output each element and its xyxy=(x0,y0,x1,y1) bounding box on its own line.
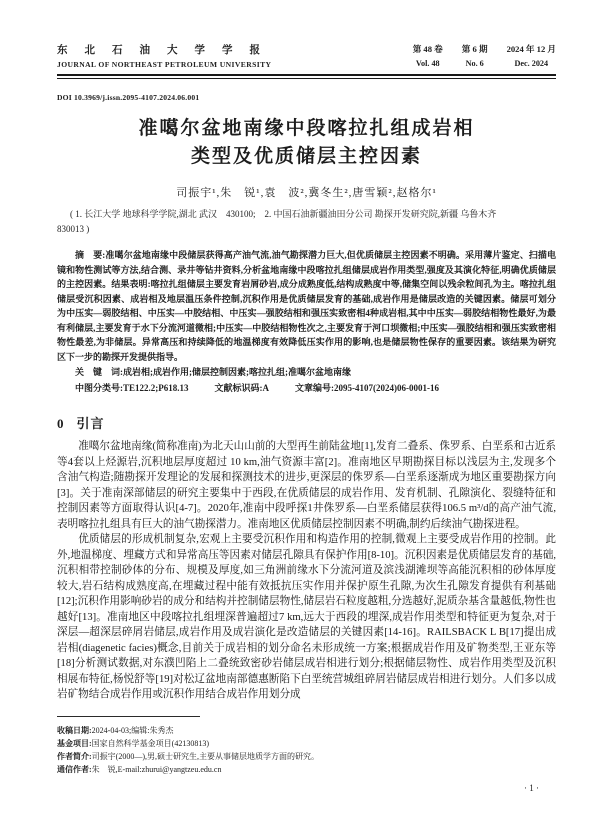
body-paragraph-2: 优质储层的形成机制复杂,宏观上主要受沉积作用和构造作用的控制,微观上主要受成岩作… xyxy=(57,532,556,703)
page-number: · 1 · xyxy=(524,783,539,793)
journal-page: 东北石油大学学报 JOURNAL OF NORTHEAST PETROLEUM … xyxy=(0,0,613,826)
affiliation-line2: 830013 ) xyxy=(57,222,556,237)
footnote-corresponding-label: 通信作者: xyxy=(57,765,92,774)
clc-value: TE122.2;P618.13 xyxy=(123,383,189,393)
affiliation-block: ( 1. 长江大学 地球科学学院,湖北 武汉 430100; 2. 中国石油新疆… xyxy=(57,207,556,237)
body-paragraph-1: 准噶尔盆地南缘(简称准南)为北天山山前的大型再生前陆盆地[1],发育二叠系、侏罗… xyxy=(57,439,556,532)
keywords-text: 成岩相;成岩作用;储层控制因素;喀拉扎组;准噶尔盆地南缘 xyxy=(123,367,351,377)
footnote-corresponding-text: 朱 锐,E-mail:zhurui@yangtzeu.edu.cn xyxy=(92,765,222,774)
journal-name-cn: 东北石油大学学报 xyxy=(57,42,277,57)
volume-cn: 第 48 卷 xyxy=(413,43,443,55)
journal-header: 东北石油大学学报 JOURNAL OF NORTHEAST PETROLEUM … xyxy=(57,42,556,69)
footnote-corresponding: 通信作者:朱 锐,E-mail:zhurui@yangtzeu.edu.cn xyxy=(57,763,556,776)
footnote-rule xyxy=(57,716,200,717)
footnote-author-bio-label: 作者简介: xyxy=(57,752,92,761)
classification-line: 中图分类号:TE122.2;P618.13文献标识码:A文章编号:2095-41… xyxy=(57,381,556,396)
body-text: 准噶尔盆地南缘(简称准南)为北天山山前的大型再生前陆盆地[1],发育二叠系、侏罗… xyxy=(57,439,556,731)
abstract-text: 准噶尔盆地南缘中段储层获得高产油气流,油气勘探潜力巨大,但优质储层主控因素不明确… xyxy=(57,250,556,362)
date-column: 2024 年 12 月 Dec. 2024 xyxy=(507,43,556,68)
issue-en: No. 6 xyxy=(462,59,488,68)
masthead-rule xyxy=(57,74,556,79)
issue-cn: 第 6 期 xyxy=(462,43,488,55)
doc-code-label: 文献标识码: xyxy=(215,383,263,393)
keywords-label: 关 键 词: xyxy=(75,367,123,377)
journal-name-en: JOURNAL OF NORTHEAST PETROLEUM UNIVERSIT… xyxy=(57,60,277,69)
article-title: 准噶尔盆地南缘中段喀拉扎组成岩相类型及优质储层主控因素 xyxy=(57,115,556,171)
footnote-funding-label: 基金项目: xyxy=(57,739,92,748)
abstract-paragraph: 摘 要:准噶尔盆地南缘中段储层获得高产油气流,油气勘探潜力巨大,但优质储层主控因… xyxy=(57,248,556,364)
clc-label: 中图分类号: xyxy=(75,383,123,393)
footnote-received: 收稿日期:2024-04-03;编辑:朱秀杰 xyxy=(57,724,556,737)
authors-line: 司振宇¹,朱 锐¹,袁 波²,冀冬生²,唐雪颖²,赵格尔¹ xyxy=(57,184,556,200)
abstract-label: 摘 要: xyxy=(75,250,105,260)
article-no-label: 文章编号: xyxy=(295,383,334,393)
footnote-block: 收稿日期:2024-04-03;编辑:朱秀杰 基金项目:国家自然科学基金项目(4… xyxy=(57,716,556,776)
keywords-line: 关 键 词:成岩相;成岩作用;储层控制因素;喀拉扎组;准噶尔盆地南缘 xyxy=(57,365,556,380)
article-no-value: 2095-4107(2024)06-0001-16 xyxy=(334,383,439,393)
affiliation-line1: ( 1. 长江大学 地球科学学院,湖北 武汉 430100; 2. 中国石油新疆… xyxy=(57,207,556,222)
footnote-author-bio: 作者简介:司振宇(2000—),男,硕士研究生,主要从事储层地质学方面的研究。 xyxy=(57,750,556,763)
footnote-received-label: 收稿日期: xyxy=(57,726,92,735)
doc-code-value: A xyxy=(263,383,270,393)
volume-column: 第 48 卷 Vol. 48 xyxy=(413,43,443,68)
section-title: 引言 xyxy=(77,416,105,431)
footnote-funding-text: 国家自然科学基金项目(42130813) xyxy=(92,739,209,748)
section-number: 0 xyxy=(57,416,65,431)
abstract-section: 摘 要:准噶尔盆地南缘中段储层获得高产油气流,油气勘探潜力巨大,但优质储层主控因… xyxy=(57,248,556,395)
footnote-received-text: 2024-04-03;编辑:朱秀杰 xyxy=(92,726,174,735)
volume-issue-block: 第 48 卷 Vol. 48 第 6 期 No. 6 2024 年 12 月 D… xyxy=(413,42,556,68)
journal-name-block: 东北石油大学学报 JOURNAL OF NORTHEAST PETROLEUM … xyxy=(57,42,277,69)
section-heading: 0引言 xyxy=(57,413,556,432)
date-en: Dec. 2024 xyxy=(507,59,556,68)
doi-line: DOI 10.3969/j.issn.2095-4107.2024.06.001 xyxy=(57,93,556,102)
footnote-author-bio-text: 司振宇(2000—),男,硕士研究生,主要从事储层地质学方面的研究。 xyxy=(92,752,319,761)
issue-column: 第 6 期 No. 6 xyxy=(462,43,488,68)
date-cn: 2024 年 12 月 xyxy=(507,43,556,55)
volume-en: Vol. 48 xyxy=(413,59,443,68)
footnote-funding: 基金项目:国家自然科学基金项目(42130813) xyxy=(57,737,556,750)
article-title-line2: 类型及优质储层主控因素 xyxy=(191,146,422,167)
article-title-line1: 准噶尔盆地南缘中段喀拉扎组成岩相 xyxy=(138,118,474,139)
page-content: 东北石油大学学报 JOURNAL OF NORTHEAST PETROLEUM … xyxy=(0,0,613,731)
